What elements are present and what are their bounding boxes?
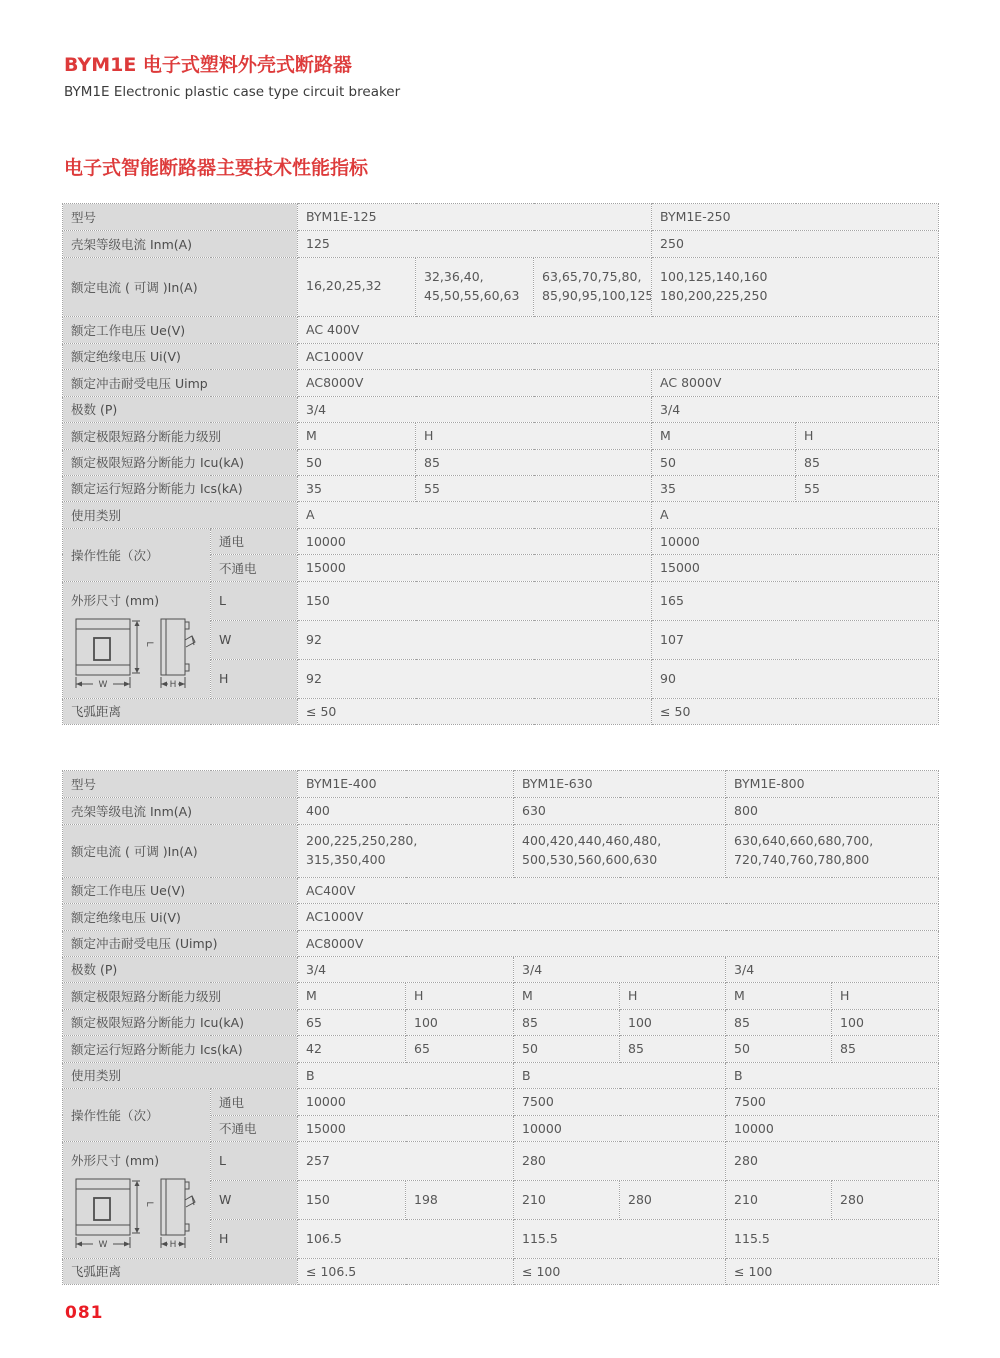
t2-dim-w-630a: 210 bbox=[514, 1180, 620, 1219]
t2-inm-label: 壳架等级电流 Inm(A) bbox=[63, 797, 298, 824]
t1-inm-label: 壳架等级电流 Inm(A) bbox=[63, 230, 298, 257]
t1-inm-125: 125 bbox=[298, 230, 652, 257]
t2-dim-h-400: 106.5 bbox=[298, 1219, 514, 1258]
t2-dim-l-630: 280 bbox=[514, 1141, 726, 1180]
t1-dim-l-label: L bbox=[211, 581, 298, 620]
t2-grade-label: 额定极限短路分断能力级别 bbox=[63, 982, 298, 1009]
t1-dim-l-125: 150 bbox=[298, 581, 652, 620]
t2-ics-630-m: 50 bbox=[514, 1035, 620, 1062]
t2-dim-label: 外形尺寸 (mm) bbox=[71, 1151, 202, 1169]
t1-op-on-250: 10000 bbox=[652, 528, 939, 554]
t2-in-400: 200,225,250,280, 315,350,400 bbox=[298, 824, 514, 877]
t1-inm-250: 250 bbox=[652, 230, 939, 257]
t2-grade-400-m: M bbox=[298, 982, 406, 1009]
t1-icu-125-m: 50 bbox=[298, 449, 416, 475]
t2-inm-630: 630 bbox=[514, 797, 726, 824]
t2-grade-400-h: H bbox=[406, 982, 514, 1009]
spec-table-125-250: 型号 BYM1E-125 BYM1E-250 壳架等级电流 Inm(A) 125… bbox=[62, 203, 939, 725]
t1-dim-h-125: 92 bbox=[298, 659, 652, 698]
t2-category-400: B bbox=[298, 1062, 514, 1088]
t2-icu-400-m: 65 bbox=[298, 1009, 406, 1035]
t2-ics-400-h: 65 bbox=[406, 1035, 514, 1062]
t2-op-on-400: 10000 bbox=[298, 1088, 514, 1115]
t2-model-800: BYM1E-800 bbox=[726, 770, 939, 797]
t2-ics-800-h: 85 bbox=[832, 1035, 939, 1062]
t2-model-400: BYM1E-400 bbox=[298, 770, 514, 797]
t2-dim-w-400b: 198 bbox=[406, 1180, 514, 1219]
t2-grade-800-h: H bbox=[832, 982, 939, 1009]
t2-dim-w-400a: 150 bbox=[298, 1180, 406, 1219]
side-view bbox=[161, 619, 195, 675]
t1-grade-250-m: M bbox=[652, 422, 796, 449]
t2-grade-630-m: M bbox=[514, 982, 620, 1009]
t2-ics-400-m: 42 bbox=[298, 1035, 406, 1062]
t1-icu-250-h: 85 bbox=[796, 449, 939, 475]
t2-ue-value: AC400V bbox=[298, 877, 939, 903]
t2-icu-400-h: 100 bbox=[406, 1009, 514, 1035]
t1-in-g1: 16,20,25,32 bbox=[298, 257, 416, 316]
t1-op-on-label: 通电 bbox=[211, 528, 298, 554]
t1-op-off-label: 不通电 bbox=[211, 554, 298, 581]
t1-grade-label: 额定极限短路分断能力级别 bbox=[63, 422, 298, 449]
svg-text:W: W bbox=[99, 1240, 108, 1250]
t1-ui-label: 额定绝缘电压 Ui(V) bbox=[63, 343, 298, 369]
t2-model-label: 型号 bbox=[63, 770, 298, 797]
t2-arc-400: ≤ 106.5 bbox=[298, 1258, 514, 1284]
t1-uimp-label: 额定冲击耐受电压 Uimp bbox=[63, 369, 298, 396]
t1-icu-250-m: 50 bbox=[652, 449, 796, 475]
t2-in-label: 额定电流 ( 可调 )In(A) bbox=[63, 824, 298, 877]
t1-icu-label: 额定极限短路分断能力 Icu(kA) bbox=[63, 449, 298, 475]
section-title: 电子式智能断路器主要技术性能指标 bbox=[64, 157, 938, 180]
t1-ue-label: 额定工作电压 Ue(V) bbox=[63, 316, 298, 343]
t2-ui-value: AC1000V bbox=[298, 903, 939, 930]
svg-text:L: L bbox=[144, 1202, 154, 1207]
t1-dim-w-250: 107 bbox=[652, 620, 939, 659]
svg-text:L: L bbox=[144, 642, 154, 647]
t1-arc-125: ≤ 50 bbox=[298, 698, 652, 724]
t2-poles-800: 3/4 bbox=[726, 956, 939, 982]
t1-dim-h-250: 90 bbox=[652, 659, 939, 698]
t1-ics-125-h: 55 bbox=[416, 475, 652, 501]
l-dimension: L bbox=[132, 621, 154, 673]
w-dimension: W bbox=[76, 1237, 130, 1250]
t2-dim-l-800: 280 bbox=[726, 1141, 939, 1180]
w-dimension: W bbox=[76, 677, 130, 690]
t1-dim-w-label: W bbox=[211, 620, 298, 659]
t2-poles-label: 极数 (P) bbox=[63, 956, 298, 982]
t2-arc-800: ≤ 100 bbox=[726, 1258, 939, 1284]
h-dimension: H bbox=[161, 1237, 185, 1250]
t2-inm-800: 800 bbox=[726, 797, 939, 824]
t2-uimp-value: AC8000V bbox=[298, 930, 939, 956]
t2-dim-w-label: W bbox=[211, 1180, 298, 1219]
t2-icu-800-h: 100 bbox=[832, 1009, 939, 1035]
t2-dim-l-label: L bbox=[211, 1141, 298, 1180]
t1-ui-value: AC1000V bbox=[298, 343, 939, 369]
t2-in-800: 630,640,660,680,700, 720,740,760,780,800 bbox=[726, 824, 939, 877]
t1-arc-label: 飞弧距离 bbox=[63, 698, 298, 724]
t1-poles-250: 3/4 bbox=[652, 396, 939, 422]
t2-icu-630-h: 100 bbox=[620, 1009, 726, 1035]
t1-dim-cell: 外形尺寸 (mm) L bbox=[63, 581, 211, 698]
t1-op-off-125: 15000 bbox=[298, 554, 652, 581]
t2-icu-label: 额定极限短路分断能力 Icu(kA) bbox=[63, 1009, 298, 1035]
t2-grade-630-h: H bbox=[620, 982, 726, 1009]
t1-op-off-250: 15000 bbox=[652, 554, 939, 581]
t1-dim-w-125: 92 bbox=[298, 620, 652, 659]
t1-dim-l-250: 165 bbox=[652, 581, 939, 620]
t2-op-on-label: 通电 bbox=[211, 1088, 298, 1115]
t1-model-125: BYM1E-125 bbox=[298, 203, 652, 230]
t2-model-630: BYM1E-630 bbox=[514, 770, 726, 797]
t2-arc-label: 飞弧距离 bbox=[63, 1258, 298, 1284]
t2-category-800: B bbox=[726, 1062, 939, 1088]
t2-ics-800-m: 50 bbox=[726, 1035, 832, 1062]
t1-uimp-250: AC 8000V bbox=[652, 369, 939, 396]
t2-ics-label: 额定运行短路分断能力 Ics(kA) bbox=[63, 1035, 298, 1062]
t2-op-on-630: 7500 bbox=[514, 1088, 726, 1115]
t1-ue-value: AC 400V bbox=[298, 316, 939, 343]
h-dimension: H bbox=[161, 677, 185, 690]
t1-in-g3: 63,65,70,75,80, 85,90,95,100,125 bbox=[534, 257, 652, 316]
t1-ics-label: 额定运行短路分断能力 Ics(kA) bbox=[63, 475, 298, 501]
spec-table-400-630-800: 型号 BYM1E-400 BYM1E-630 BYM1E-800 壳架等级电流 … bbox=[62, 770, 939, 1285]
t2-op-off-800: 10000 bbox=[726, 1115, 939, 1141]
breaker-dimension-diagram: L bbox=[73, 614, 203, 690]
svg-text:H: H bbox=[170, 680, 177, 690]
t2-op-off-400: 15000 bbox=[298, 1115, 514, 1141]
t1-model-250: BYM1E-250 bbox=[652, 203, 939, 230]
t2-dim-l-400: 257 bbox=[298, 1141, 514, 1180]
t2-category-label: 使用类别 bbox=[63, 1062, 298, 1088]
t1-category-250: A bbox=[652, 501, 939, 528]
t2-arc-630: ≤ 100 bbox=[514, 1258, 726, 1284]
t2-dim-h-630: 115.5 bbox=[514, 1219, 726, 1258]
t2-ics-630-h: 85 bbox=[620, 1035, 726, 1062]
t2-op-on-800: 7500 bbox=[726, 1088, 939, 1115]
front-view bbox=[76, 1179, 130, 1235]
t2-dim-w-800b: 280 bbox=[832, 1180, 939, 1219]
t1-grade-250-h: H bbox=[796, 422, 939, 449]
page-number: 081 bbox=[65, 1303, 938, 1323]
t1-category-label: 使用类别 bbox=[63, 501, 298, 528]
front-view bbox=[76, 619, 130, 675]
t2-icu-800-m: 85 bbox=[726, 1009, 832, 1035]
t2-op-off-630: 10000 bbox=[514, 1115, 726, 1141]
product-title-zh: BYM1E 电子式塑料外壳式断路器 bbox=[64, 54, 938, 78]
t2-ui-label: 额定绝缘电压 Ui(V) bbox=[63, 903, 298, 930]
t1-in-label: 额定电流 ( 可调 )In(A) bbox=[63, 257, 298, 316]
t1-in-g2: 32,36,40, 45,50,55,60,63 bbox=[416, 257, 534, 316]
t1-grade-125-m: M bbox=[298, 422, 416, 449]
t1-uimp-125: AC8000V bbox=[298, 369, 652, 396]
t1-op-on-125: 10000 bbox=[298, 528, 652, 554]
t2-grade-800-m: M bbox=[726, 982, 832, 1009]
t1-category-125: A bbox=[298, 501, 652, 528]
product-title-en: BYM1E Electronic plastic case type circu… bbox=[64, 84, 938, 100]
t1-arc-250: ≤ 50 bbox=[652, 698, 939, 724]
t1-ics-125-m: 35 bbox=[298, 475, 416, 501]
t2-op-label: 操作性能（次） bbox=[63, 1088, 211, 1141]
t2-dim-w-800a: 210 bbox=[726, 1180, 832, 1219]
l-dimension: L bbox=[132, 1181, 154, 1233]
t1-grade-125-h: H bbox=[416, 422, 652, 449]
t2-category-630: B bbox=[514, 1062, 726, 1088]
t2-uimp-label: 额定冲击耐受电压 (Uimp) bbox=[63, 930, 298, 956]
t2-in-630: 400,420,440,460,480, 500,530,560,600,630 bbox=[514, 824, 726, 877]
page-content: BYM1E 电子式塑料外壳式断路器 BYM1E Electronic plast… bbox=[0, 0, 1000, 1323]
t2-ue-label: 额定工作电压 Ue(V) bbox=[63, 877, 298, 903]
t1-ics-250-m: 35 bbox=[652, 475, 796, 501]
t2-inm-400: 400 bbox=[298, 797, 514, 824]
t1-poles-125: 3/4 bbox=[298, 396, 652, 422]
t1-in-g4: 100,125,140,160 180,200,225,250 bbox=[652, 257, 939, 316]
side-view bbox=[161, 1179, 195, 1235]
t2-dim-cell: 外形尺寸 (mm) L bbox=[63, 1141, 211, 1258]
t1-ics-250-h: 55 bbox=[796, 475, 939, 501]
t2-dim-w-630b: 280 bbox=[620, 1180, 726, 1219]
breaker-dimension-diagram: L bbox=[73, 1174, 203, 1250]
t1-icu-125-h: 85 bbox=[416, 449, 652, 475]
svg-text:W: W bbox=[99, 680, 108, 690]
t2-poles-630: 3/4 bbox=[514, 956, 726, 982]
t1-dim-label: 外形尺寸 (mm) bbox=[71, 591, 202, 609]
t1-dim-h-label: H bbox=[211, 659, 298, 698]
svg-text:H: H bbox=[170, 1240, 177, 1250]
t2-op-off-label: 不通电 bbox=[211, 1115, 298, 1141]
t1-op-label: 操作性能（次） bbox=[63, 528, 211, 581]
t1-model-label: 型号 bbox=[63, 203, 298, 230]
t2-dim-h-label: H bbox=[211, 1219, 298, 1258]
t1-poles-label: 极数 (P) bbox=[63, 396, 298, 422]
t2-poles-400: 3/4 bbox=[298, 956, 514, 982]
t2-icu-630-m: 85 bbox=[514, 1009, 620, 1035]
t2-dim-h-800: 115.5 bbox=[726, 1219, 939, 1258]
